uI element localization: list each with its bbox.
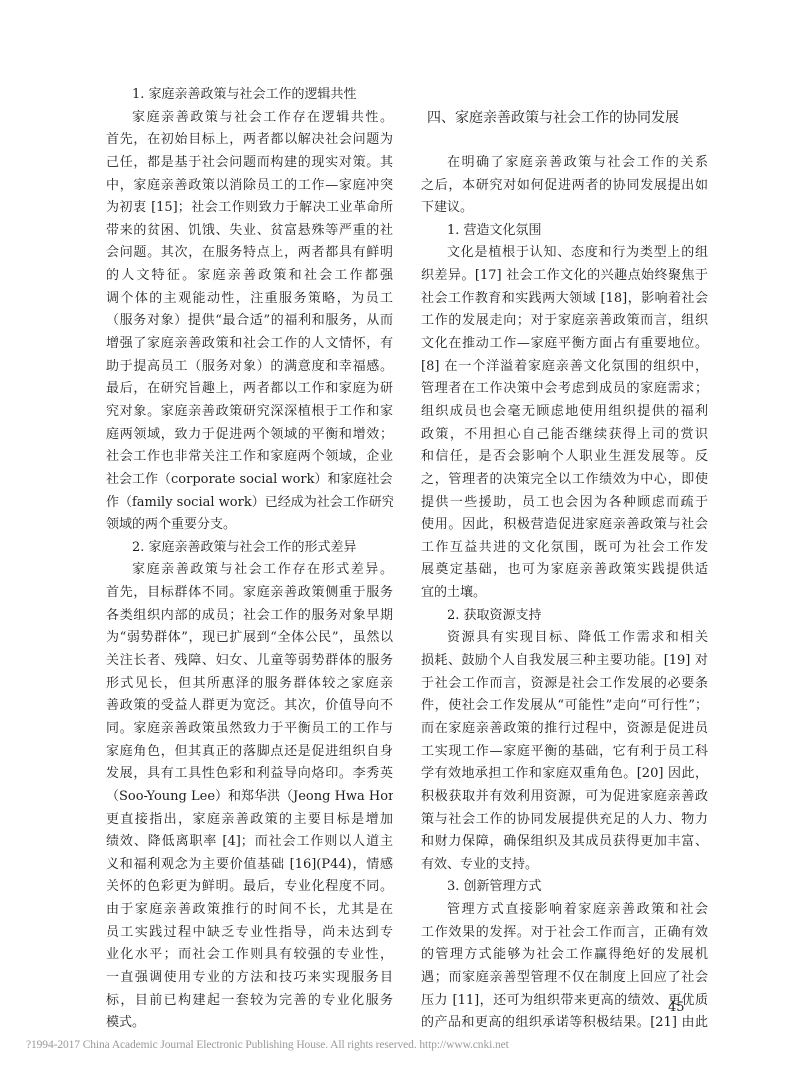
text-line: 组织成员也会毫无顾虑地使用组织提供的福利: [421, 401, 708, 424]
text-line: 作（family social work）已经成为社会工作研究: [106, 492, 393, 515]
text-line: 遇；而家庭亲善型管理不仅在制度上回应了社会: [421, 967, 708, 990]
text-line: 文化在推动工作—家庭平衡方面占有重要地位。: [421, 333, 708, 356]
text-line: 由于家庭亲善政策推行的时间不长，尤其是在: [106, 899, 393, 922]
blank-line: [421, 129, 708, 152]
text-line: 调个体的主观能动性，注重服务策略，为员工: [106, 288, 393, 311]
text-line: 最后，在研究旨趣上，两者都以工作和家庭为研: [106, 378, 393, 401]
text-line: 模式。: [106, 1012, 393, 1035]
text-line: （Soo-Young Lee）和郑华洪（Jeong Hwa Hong）: [106, 786, 393, 809]
text-line: 之后，本研究对如何促进两者的协同发展提出如: [421, 175, 708, 198]
text-line: 家庭亲善政策与社会工作存在形式差异。: [106, 559, 393, 582]
text-line: 策与社会工作的协同发展提供充足的人力、物力: [421, 809, 708, 832]
text-line: 己任，都是基于社会问题而构建的现实对策。其: [106, 152, 393, 175]
text-line: 家庭亲善政策与社会工作存在逻辑共性。: [106, 107, 393, 130]
text-line: 社会工作也非常关注工作和家庭两个领域，企业: [106, 446, 393, 469]
text-line: 提供一些援助，员工也会因为各种顾虑而疏于: [421, 492, 708, 515]
text-line: [8] 在一个洋溢着家庭亲善文化氛围的组织中，: [421, 356, 708, 379]
text-line: 织差异。[17] 社会工作文化的兴趣点始终聚焦于: [421, 265, 708, 288]
text-line: 的人文特征。家庭亲善政策和社会工作都强: [106, 265, 393, 288]
text-line: 带来的贫困、饥饿、失业、贫富悬殊等严重的社: [106, 220, 393, 243]
text-line: 一直强调使用专业的方法和技巧来实现服务目: [106, 967, 393, 990]
text-line: 员工实践过程中缺乏专业性指导，尚未达到专: [106, 922, 393, 945]
text-line: 首先，目标群体不同。家庭亲善政策侧重于服务: [106, 582, 393, 605]
text-line: 助于提高员工（服务对象）的满意度和幸福感。: [106, 356, 393, 379]
text-line: 损耗、鼓励个人自我发展三种主要功能。[19] 对: [421, 650, 708, 673]
text-line: 工作的发展走向；对于家庭亲善政策而言，组织: [421, 310, 708, 333]
text-line: 首先，在初始目标上，两者都以解决社会问题为: [106, 129, 393, 152]
text-line: 和信任，是否会影响个人职业生涯发展等。反: [421, 446, 708, 469]
section-subheading: 1. 家庭亲善政策与社会工作的逻辑共性: [106, 84, 393, 107]
text-line: 更直接指出，家庭亲善政策的主要目标是增加: [106, 809, 393, 832]
text-line: 各类组织内部的成员；社会工作的服务对象早期: [106, 605, 393, 628]
text-line: 义和福利观念为主要价值基础 [16](P44)，情感: [106, 854, 393, 877]
text-line: 同。家庭亲善政策虽然致力于平衡员工的工作与: [106, 718, 393, 741]
right-column: 四、家庭亲善政策与社会工作的协同发展在明确了家庭亲善政策与社会工作的关系之后，本…: [421, 84, 708, 1035]
text-line: 和财力保障，确保组织及其成员获得更加丰富、: [421, 831, 708, 854]
text-line: 社会工作（corporate social work）和家庭社会工: [106, 469, 393, 492]
text-line: 积极获取并有效利用资源，可为促进家庭亲善政: [421, 786, 708, 809]
text-line: 宜的土壤。: [421, 582, 708, 605]
text-line: 政策，不用担心自己能否继续获得上司的赏识: [421, 424, 708, 447]
section-heading: 四、家庭亲善政策与社会工作的协同发展: [421, 107, 708, 130]
text-line: 压力 [11]，还可为组织带来更高的绩效、更优质: [421, 990, 708, 1013]
text-line: 会问题。其次，在服务特点上，两者都具有鲜明: [106, 242, 393, 265]
text-line: 工作互益共进的文化氛围，既可为社会工作发: [421, 537, 708, 560]
text-line: （服务对象）提供“最合适”的福利和服务，从而: [106, 310, 393, 333]
text-line: 为“弱势群体”，现已扩展到“全体公民”，虽然以: [106, 627, 393, 650]
section-subheading: 2. 获取资源支持: [421, 605, 708, 628]
text-line: 领域的两个重要分支。: [106, 514, 393, 537]
text-line: 的产品和更高的组织承诺等积极结果。[21] 由此: [421, 1012, 708, 1035]
text-line: 管理方式直接影响着家庭亲善政策和社会: [421, 899, 708, 922]
text-line: 学有效地承担工作和家庭双重角色。[20] 因此，: [421, 763, 708, 786]
text-line: 社会工作教育和实践两大领域 [18]，影响着社会: [421, 288, 708, 311]
text-line: 使用。因此，积极营造促进家庭亲善政策与社会: [421, 514, 708, 537]
text-line: 家庭角色，但其真正的落脚点还是促进组织自身: [106, 741, 393, 764]
text-line: 究对象。家庭亲善政策研究深深植根于工作和家: [106, 401, 393, 424]
text-line: 管理者在工作决策中会考虑到成员的家庭需求；: [421, 378, 708, 401]
text-line: 庭两领域，致力于促进两个领域的平衡和增效；: [106, 424, 393, 447]
text-line: 下建议。: [421, 197, 708, 220]
blank-line: [421, 84, 708, 107]
text-line: 为初衷 [15]；社会工作则致力于解决工业革命所: [106, 197, 393, 220]
text-line: 形式见长，但其所惠泽的服务群体较之家庭亲: [106, 673, 393, 696]
text-line: 而在家庭亲善政策的推行过程中，资源是促进员: [421, 718, 708, 741]
text-line: 之，管理者的决策完全以工作绩效为中心，即使: [421, 469, 708, 492]
text-line: 件，使社会工作发展从“可能性”走向“可行性”；: [421, 695, 708, 718]
text-line: 绩效、降低离职率 [4]；而社会工作则以人道主: [106, 831, 393, 854]
text-line: 工作效果的发挥。对于社会工作而言，正确有效: [421, 922, 708, 945]
text-line: 中，家庭亲善政策以消除员工的工作—家庭冲突: [106, 175, 393, 198]
text-line: 善政策的受益人群更为宽泛。其次，价值导向不: [106, 695, 393, 718]
text-line: 的管理方式能够为社会工作赢得绝好的发展机: [421, 944, 708, 967]
text-line: 关怀的色彩更为鲜明。最后，专业化程度不同。: [106, 876, 393, 899]
text-line: 关注长者、残障、妇女、儿童等弱势群体的服务: [106, 650, 393, 673]
page-number: 45: [668, 1000, 685, 1015]
copyright-footer: ?1994-2017 China Academic Journal Electr…: [26, 1039, 509, 1051]
text-line: 标，目前已构建起一套较为完善的专业化服务: [106, 990, 393, 1013]
text-line: 文化是植根于认知、态度和行为类型上的组: [421, 242, 708, 265]
text-line: 资源具有实现目标、降低工作需求和相关: [421, 627, 708, 650]
text-line: 增强了家庭亲善政策和社会工作的人文情怀，有: [106, 333, 393, 356]
text-line: 有效、专业的支持。: [421, 854, 708, 877]
section-subheading: 2. 家庭亲善政策与社会工作的形式差异: [106, 537, 393, 560]
section-subheading: 3. 创新管理方式: [421, 876, 708, 899]
text-line: 在明确了家庭亲善政策与社会工作的关系: [421, 152, 708, 175]
left-column: 1. 家庭亲善政策与社会工作的逻辑共性家庭亲善政策与社会工作存在逻辑共性。首先，…: [106, 84, 393, 1035]
text-line: 工实现工作—家庭平衡的基础，它有利于员工科: [421, 741, 708, 764]
text-line: 发展，具有工具性色彩和利益导向烙印。李秀英: [106, 763, 393, 786]
text-line: 于社会工作而言，资源是社会工作发展的必要条: [421, 673, 708, 696]
text-line: 展奠定基础，也可为家庭亲善政策实践提供适: [421, 559, 708, 582]
text-line: 业化水平；而社会工作则具有较强的专业性，: [106, 944, 393, 967]
section-subheading: 1. 营造文化氛围: [421, 220, 708, 243]
